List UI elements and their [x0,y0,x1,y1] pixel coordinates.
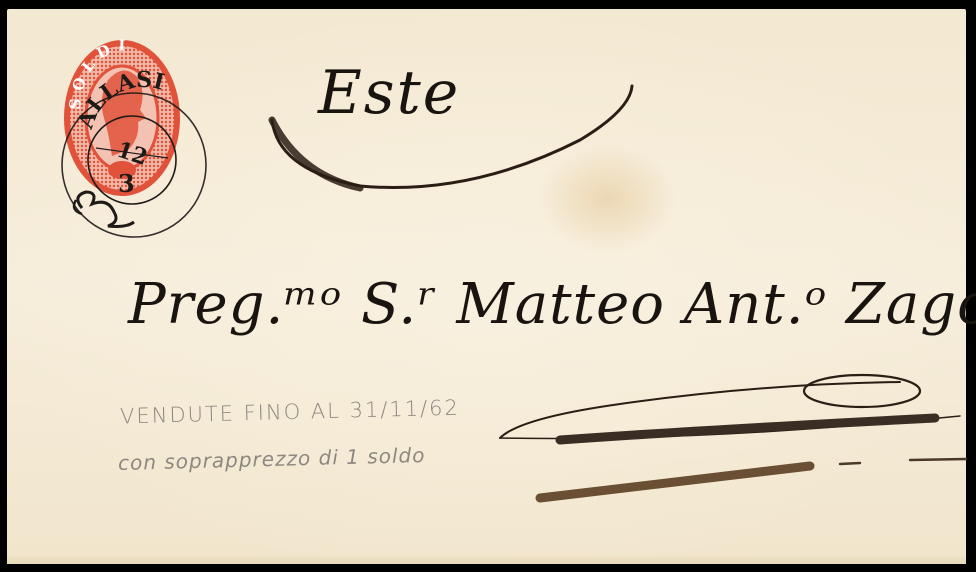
destination-handwriting: Este [318,58,460,128]
address-handwriting: Preg.ᵐᵒ S.ʳ Matteo Ant.ᵒ Zago [128,272,976,337]
postmark-month: 3 [118,169,135,198]
